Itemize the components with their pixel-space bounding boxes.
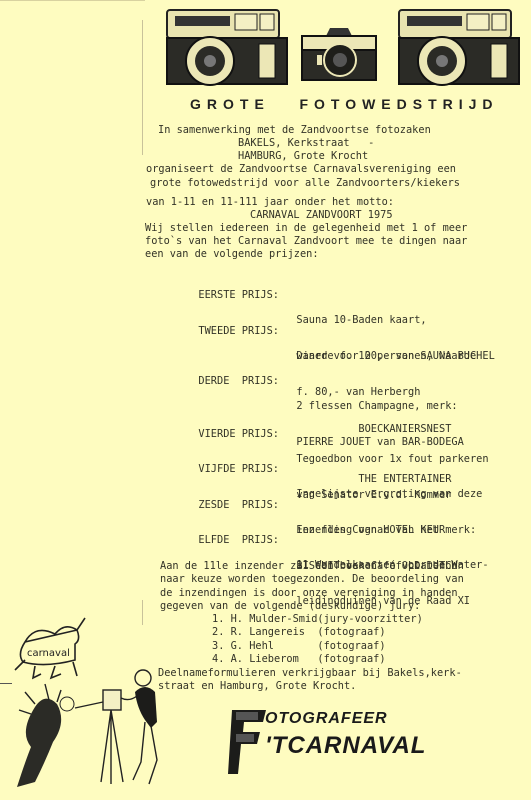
jury-member: 2. R. Langereis (fotograaf) — [212, 626, 386, 638]
prize-label: VIERDE PRIJS: — [198, 428, 296, 440]
closing-line: de inzendingen is door onze vereniging i… — [160, 587, 458, 599]
carnival-cartoon-illustration: carnaval — [5, 612, 165, 797]
closing-line: Aan de 11le inzender zal een boeken- of … — [160, 560, 464, 572]
footer-line: Deelnameformulieren verkrijgbaar bij Bak… — [158, 667, 462, 679]
prize-label: ZESDE PRIJS: — [198, 499, 296, 511]
camera-icon — [397, 8, 521, 86]
intro-line: In samenwerking met de Zandvoortse fotoz… — [158, 124, 431, 136]
big-f-letter-icon — [228, 708, 268, 776]
motto: CARNAVAL ZANDVOORT 1975 — [250, 209, 393, 221]
logo-line-2: 'TCARNAVAL — [265, 732, 426, 760]
jury-member: 3. G. Hehl (fotograaf) — [212, 640, 386, 652]
prize-label: ELFDE PRIJS: — [198, 534, 296, 546]
intro-line: foto`s van het Carnaval Zandvoort mee te… — [145, 235, 467, 247]
prize-text: 2 flessen Champagne, merk: — [296, 400, 463, 412]
closing-line: gegeven van de volgende (deskundige) jur… — [160, 600, 420, 612]
fotografeer-carnaval-logo: OTOGRAFEER 'TCARNAVAL — [228, 708, 468, 778]
slr-camera-icon — [300, 24, 378, 82]
cameras-illustration — [160, 6, 531, 86]
prize-label: DERDE PRIJS: — [198, 375, 296, 387]
intro-line: van 1-11 en 11-111 jaar onder het motto: — [146, 196, 394, 208]
intro-line: BAKELS, Kerkstraat - — [238, 137, 374, 149]
top-edge-line — [0, 0, 145, 1]
intro-line: Wij stellen iedereen in de gelegenheid m… — [145, 222, 467, 234]
jury-member: 4. A. Lieberom (fotograaf) — [212, 653, 386, 665]
prize-label: VIJFDE PRIJS: — [198, 463, 296, 475]
prize-label: EERSTE PRIJS: — [198, 289, 296, 301]
intro-line: organiseert de Zandvoortse Carnavalsvere… — [146, 163, 456, 175]
page-title: GROTE FOTOWEDSTRIJD — [190, 96, 530, 112]
logo-line-1: OTOGRAFEER — [265, 710, 388, 728]
intro-line: grote fotowedstrijd voor alle Zandvoorte… — [150, 177, 460, 189]
camera-icon — [165, 8, 289, 86]
prize-text: Diner voor 2 personen, waarde — [296, 350, 476, 362]
carnaval-banner-text: carnaval — [27, 648, 70, 659]
prize-label: TWEEDE PRIJS: — [198, 325, 296, 337]
margin-line — [142, 20, 143, 155]
intro-line: een van de volgende prijzen: — [145, 248, 319, 260]
closing-line: naar keuze worden toegezonden. De beoord… — [160, 573, 464, 585]
footer-line: straat en Hamburg, Grote Krocht. — [158, 680, 356, 692]
intro-line: HAMBURG, Grote Krocht — [238, 150, 368, 162]
jury-member: 1. H. Mulder-Smid(jury-voorzitter) — [212, 613, 423, 625]
